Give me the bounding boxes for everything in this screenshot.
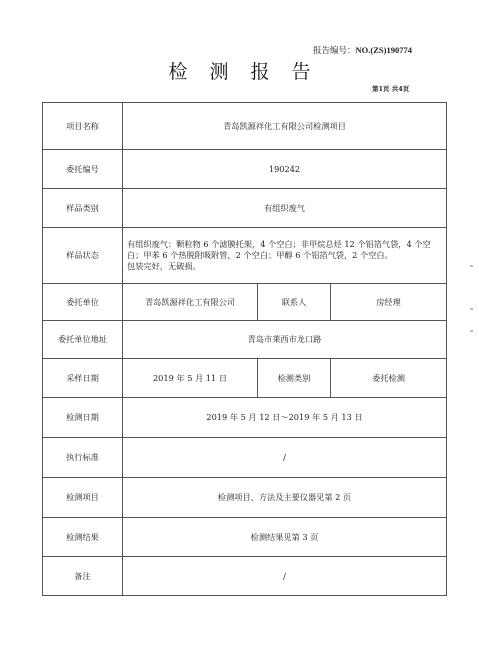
sampling-date-value: 2019 年 5 月 11 日 [123, 359, 258, 398]
test-type-value: 委托检测 [331, 359, 447, 398]
client-label: 委托单位 [43, 284, 123, 321]
report-number: 报告编号：NO.(ZS)190774 [313, 44, 412, 56]
client-address-value: 青岛市莱西市龙口路 [123, 321, 447, 359]
report-number-label: 报告编号： [313, 46, 356, 56]
row-sampling-date: 采样日期 2019 年 5 月 11 日 检测类别 委托检测 [43, 359, 447, 398]
scan-mark [470, 308, 473, 310]
test-results-label: 检测结果 [43, 518, 123, 557]
contact-value: 房经理 [331, 284, 447, 321]
sample-state-line-2: 包装完好，无破损。 [127, 261, 442, 272]
client-address-label: 委托单位地址 [43, 321, 123, 359]
sample-state-label: 样品状态 [43, 228, 123, 284]
page-info: 第1页 共4页 [372, 84, 409, 93]
remarks-label: 备注 [43, 557, 123, 596]
client-value: 青岛凯源祥化工有限公司 [123, 284, 258, 321]
row-test-results: 检测结果 检测结果见第 3 页 [43, 518, 447, 557]
test-items-label: 检测项目 [43, 478, 123, 518]
commission-no-value: 190242 [123, 150, 447, 189]
sample-state-line-1: 有组织废气：颗粒物 6 个滤膜托架，4 个空白；非甲烷总烃 12 个铝箔气袋，4… [127, 239, 442, 261]
project-name-label: 项目名称 [43, 103, 123, 150]
project-name-value: 青岛凯源祥化工有限公司检测项目 [123, 103, 447, 150]
test-date-value: 2019 年 5 月 12 日～2019 年 5 月 13 日 [123, 398, 447, 438]
row-project-name: 项目名称 青岛凯源祥化工有限公司检测项目 [43, 103, 447, 150]
row-sample-state: 样品状态 有组织废气：颗粒物 6 个滤膜托架，4 个空白；非甲烷总烃 12 个铝… [43, 228, 447, 284]
scan-mark [470, 330, 473, 332]
remarks-value: / [123, 557, 447, 596]
commission-no-label: 委托编号 [43, 150, 123, 189]
row-client: 委托单位 青岛凯源祥化工有限公司 联系人 房经理 [43, 284, 447, 321]
report-number-value: NO.(ZS)190774 [356, 45, 412, 55]
sample-category-value: 有组织废气 [123, 189, 447, 228]
row-client-address: 委托单位地址 青岛市莱西市龙口路 [43, 321, 447, 359]
standard-value: / [123, 438, 447, 478]
row-test-date: 检测日期 2019 年 5 月 12 日～2019 年 5 月 13 日 [43, 398, 447, 438]
sample-state-value: 有组织废气：颗粒物 6 个滤膜托架，4 个空白；非甲烷总烃 12 个铝箔气袋，4… [123, 228, 447, 284]
row-commission-no: 委托编号 190242 [43, 150, 447, 189]
row-test-items: 检测项目 检测项目、方法及主要仪器见第 2 页 [43, 478, 447, 518]
sample-category-label: 样品类别 [43, 189, 123, 228]
test-items-value: 检测项目、方法及主要仪器见第 2 页 [123, 478, 447, 518]
row-standard: 执行标准 / [43, 438, 447, 478]
standard-label: 执行标准 [43, 438, 123, 478]
test-date-label: 检测日期 [43, 398, 123, 438]
report-table: 项目名称 青岛凯源祥化工有限公司检测项目 委托编号 190242 样品类别 有组… [42, 102, 447, 596]
contact-label: 联系人 [258, 284, 331, 321]
row-remarks: 备注 / [43, 557, 447, 596]
sampling-date-label: 采样日期 [43, 359, 123, 398]
test-type-label: 检测类别 [258, 359, 331, 398]
row-sample-category: 样品类别 有组织废气 [43, 189, 447, 228]
page-title: 检测报告 [0, 57, 479, 84]
scan-mark [470, 265, 473, 267]
test-results-value: 检测结果见第 3 页 [123, 518, 447, 557]
